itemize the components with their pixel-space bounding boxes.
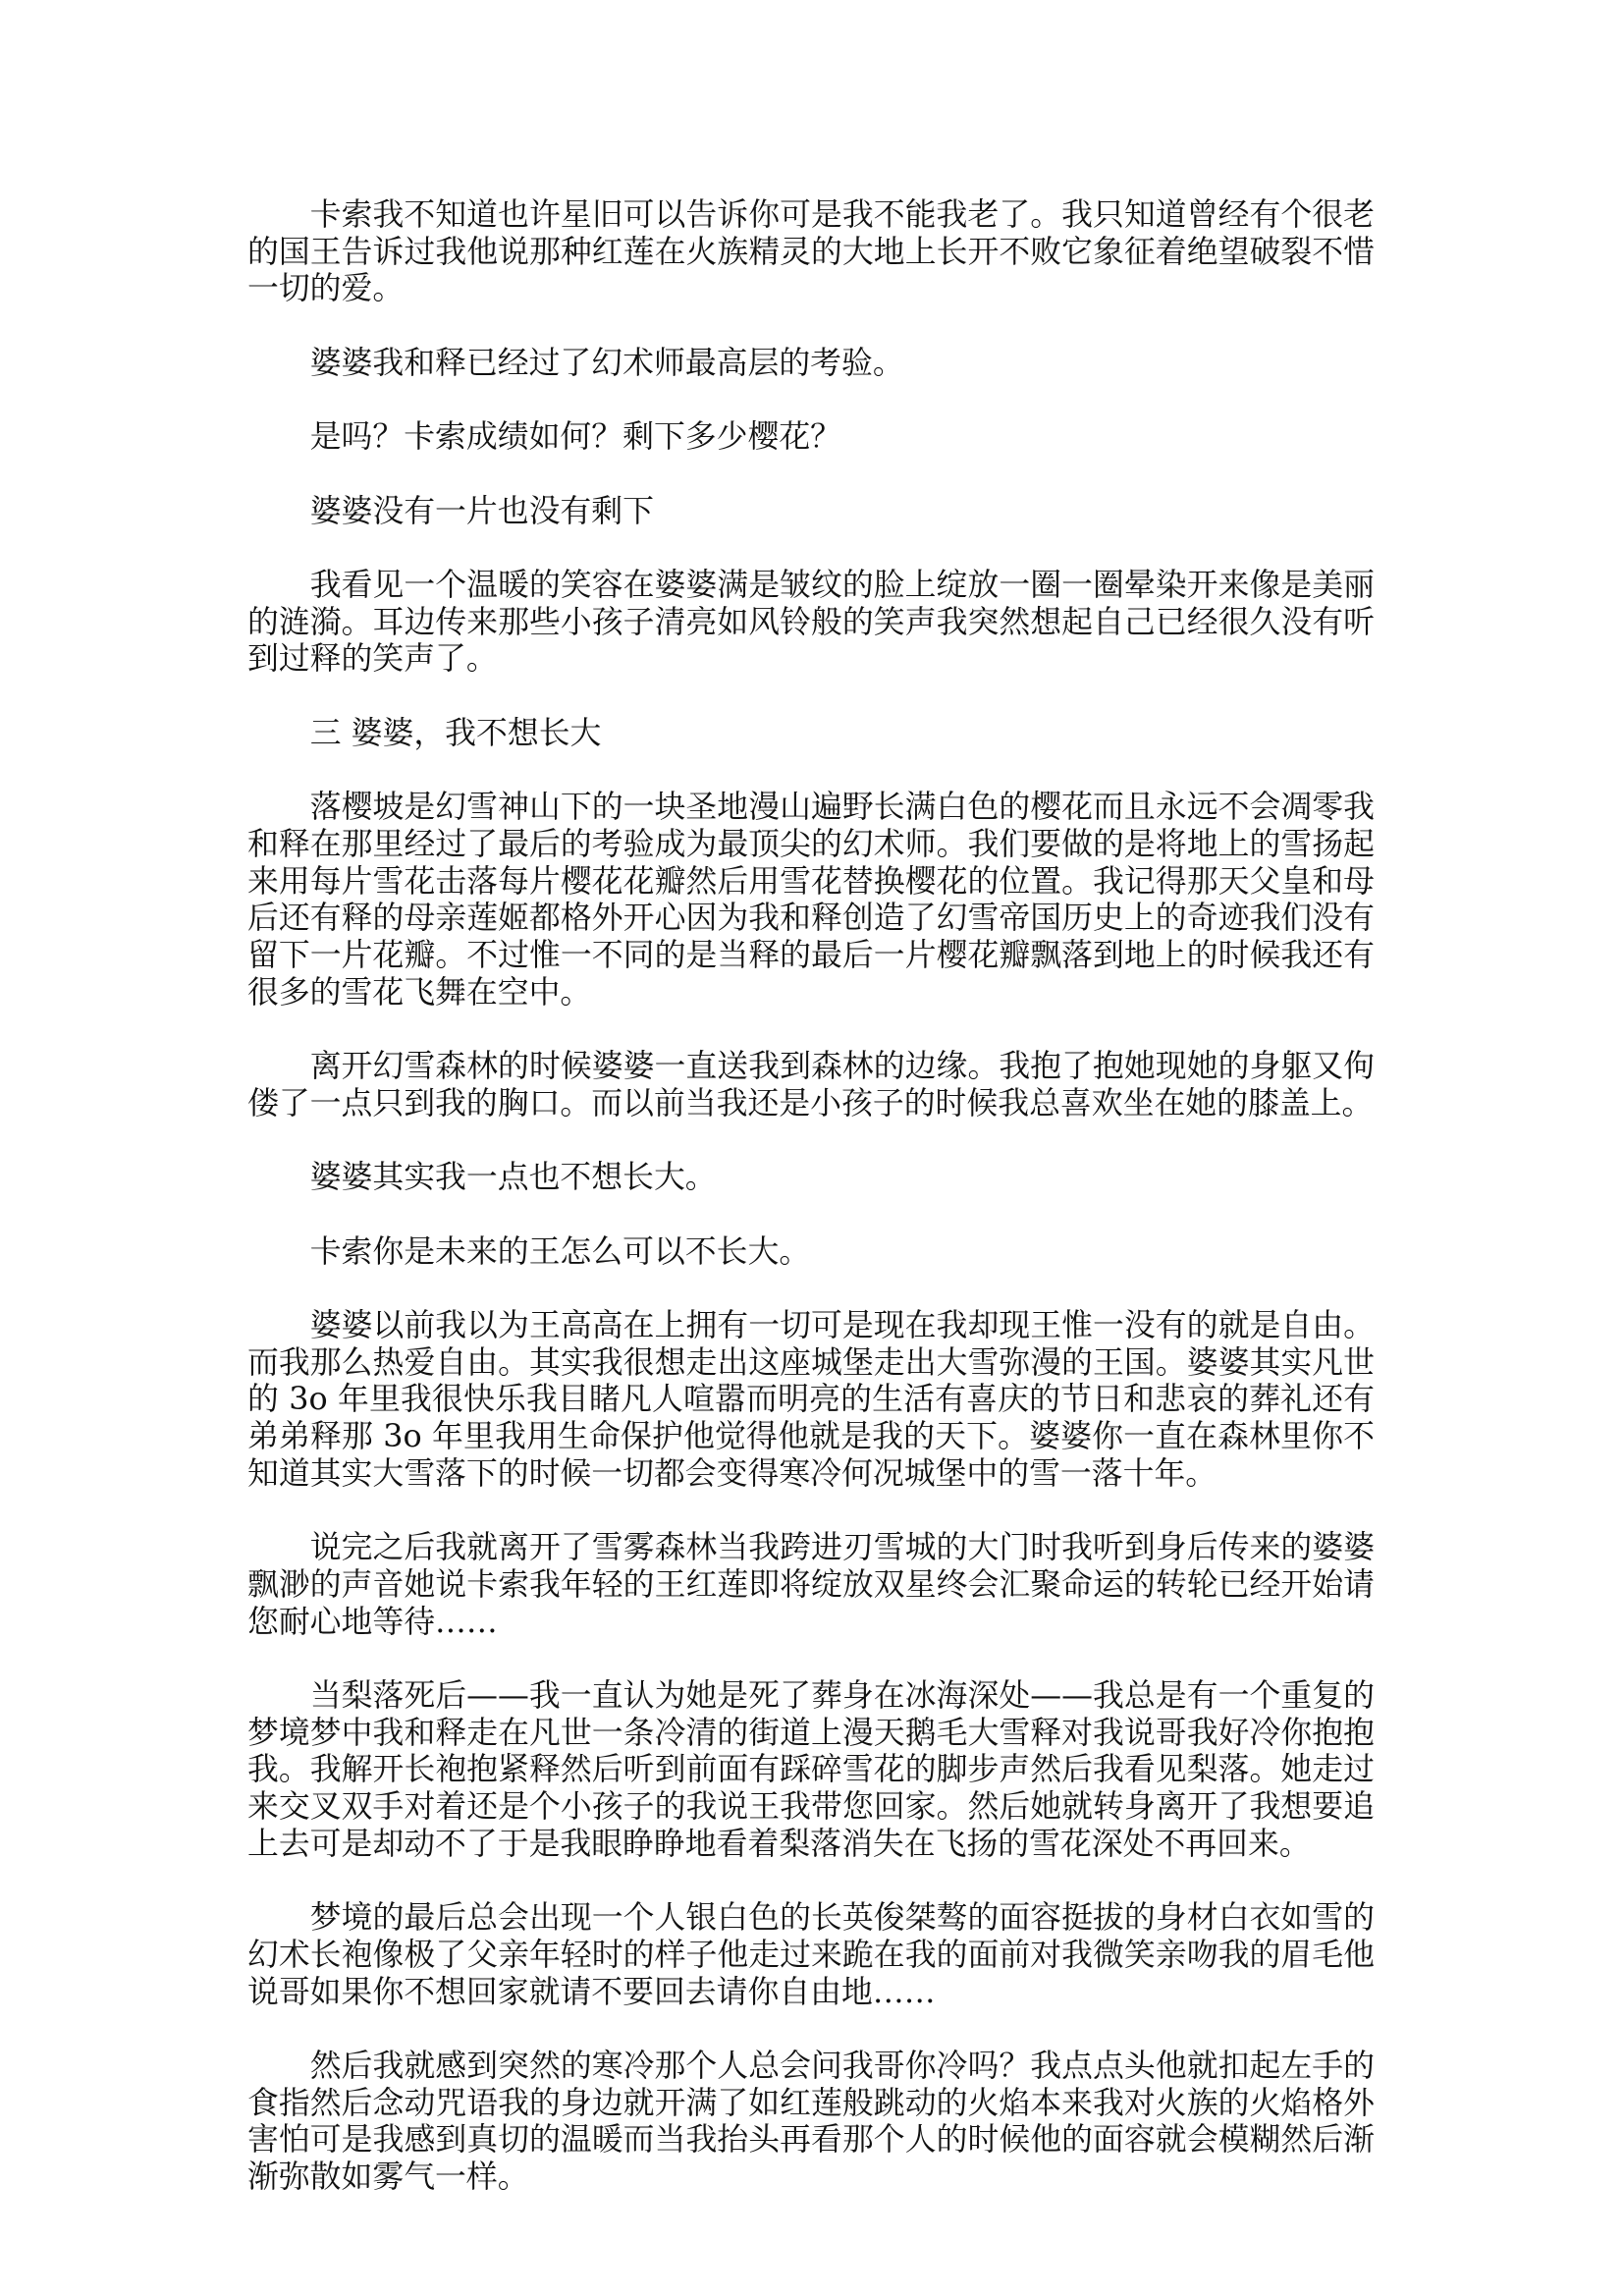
paragraph-2: 婆婆我和释已经过了幻术师最高层的考验。	[247, 345, 1375, 382]
paragraph-15: 然后我就感到突然的寒冷那个人总会问我哥你冷吗？我点点头他就扣起左手的食指然后念动…	[247, 2048, 1375, 2196]
section-heading: 三 婆婆，我不想长大	[247, 715, 1375, 752]
paragraph-7: 落樱坡是幻雪神山下的一块圣地漫山遍野长满白色的樱花而且永远不会凋零我和释在那里经…	[247, 789, 1375, 1011]
document-page: 卡索我不知道也许星旧可以告诉你可是我不能我老了。我只知道曾经有个很老的国王告诉过…	[247, 196, 1375, 2232]
paragraph-12: 说完之后我就离开了雪雾森林当我跨进刃雪城的大门时我听到身后传来的婆婆飘渺的声音她…	[247, 1529, 1375, 1640]
paragraph-3: 是吗？卡索成绩如何？剩下多少樱花？	[247, 418, 1375, 456]
paragraph-13: 当梨落死后——我一直认为她是死了葬身在冰海深处——我总是有一个重复的梦境梦中我和…	[247, 1677, 1375, 1863]
paragraph-4: 婆婆没有一片也没有剩下	[247, 493, 1375, 530]
paragraph-5: 我看见一个温暖的笑容在婆婆满是皱纹的脸上绽放一圈一圈晕染开来像是美丽的涟漪。耳边…	[247, 567, 1375, 678]
paragraph-9: 婆婆其实我一点也不想长大。	[247, 1159, 1375, 1196]
paragraph-1: 卡索我不知道也许星旧可以告诉你可是我不能我老了。我只知道曾经有个很老的国王告诉过…	[247, 196, 1375, 307]
paragraph-10: 卡索你是未来的王怎么可以不长大。	[247, 1233, 1375, 1271]
paragraph-14: 梦境的最后总会出现一个人银白色的长英俊桀骜的面容挺拔的身材白衣如雪的幻术长袍像极…	[247, 1899, 1375, 2010]
paragraph-8: 离开幻雪森林的时候婆婆一直送我到森林的边缘。我抱了抱她现她的身躯又佝偻了一点只到…	[247, 1048, 1375, 1121]
paragraph-11: 婆婆以前我以为王高高在上拥有一切可是现在我却现王惟一没有的就是自由。而我那么热爱…	[247, 1307, 1375, 1493]
